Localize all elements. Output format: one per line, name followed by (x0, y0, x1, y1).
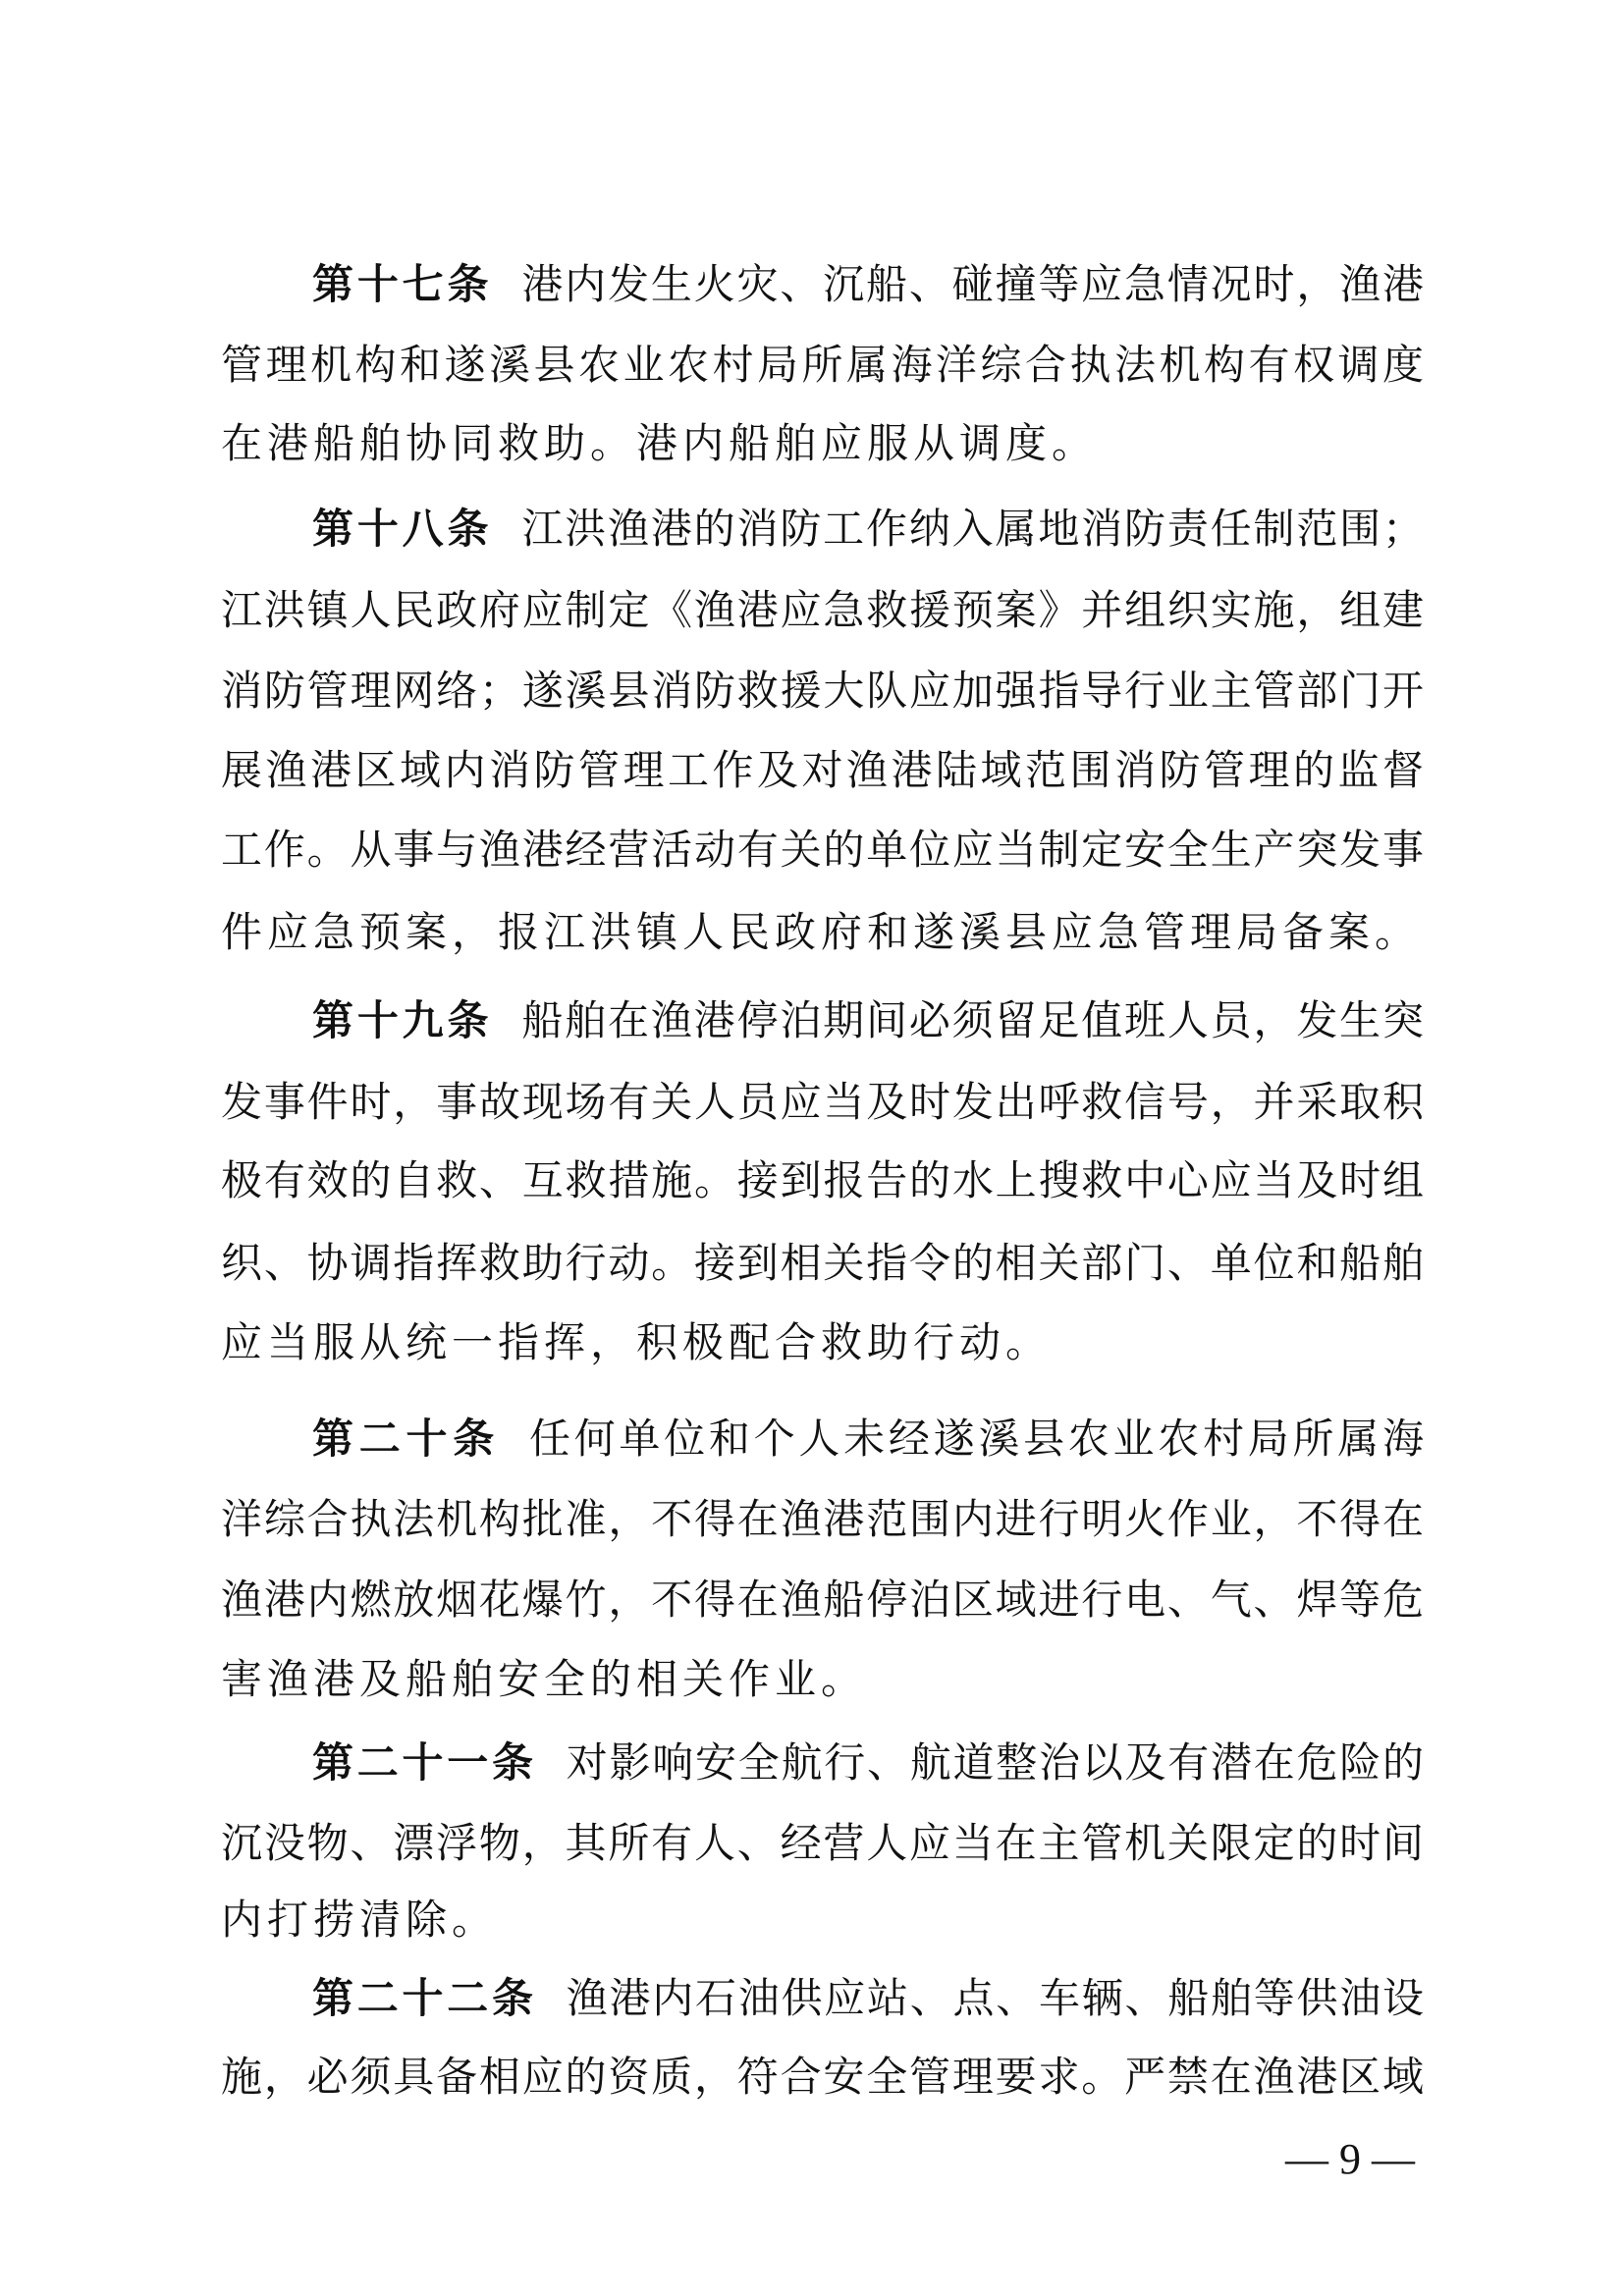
article-17-line-3: 在港船舶协同救助。港内船舶应服从调度。 (221, 402, 1424, 485)
article-22-line-1: 第二十二条渔港内石油供应站、点、车辆、船舶等供油设 (312, 1957, 1424, 2040)
article-heading: 第二十条 (312, 1415, 500, 1463)
article-heading: 第二十一条 (312, 1738, 537, 1787)
article-heading: 第二十二条 (312, 1974, 537, 2022)
article-17-line-2: 管理机构和遂溪县农业农村局所属海洋综合执法机构有权调度 (221, 324, 1424, 406)
article-19-line-3: 极有效的自救、互救措施。接到报告的水上搜救中心应当及时组 (221, 1140, 1424, 1222)
article-22-line-2: 施，必须具备相应的资质，符合安全管理要求。严禁在渔港区域 (221, 2036, 1424, 2118)
article-20-line-1: 第二十条任何单位和个人未经遂溪县农业农村局所属海 (312, 1398, 1424, 1480)
page-number: — 9 — (1267, 2130, 1434, 2189)
article-heading: 第十九条 (312, 996, 492, 1044)
article-text: 港内发生火灾、沉船、碰撞等应急情况时，渔港 (521, 260, 1424, 308)
document-page: 第十七条港内发生火灾、沉船、碰撞等应急情况时，渔港 管理机构和遂溪县农业农村局所… (0, 0, 1624, 2296)
article-19-line-1: 第十九条船舶在渔港停泊期间必须留足值班人员，发生突 (312, 980, 1424, 1062)
article-heading: 第十八条 (312, 505, 492, 553)
article-21-line-1: 第二十一条对影响安全航行、航道整治以及有潜在危险的 (312, 1722, 1424, 1804)
article-18-line-5: 工作。从事与渔港经营活动有关的单位应当制定安全生产突发事 (221, 809, 1424, 891)
article-18-line-4: 展渔港区域内消防管理工作及对渔港陆域范围消防管理的监督 (221, 729, 1424, 812)
article-21-line-2: 沉没物、漂浮物，其所有人、经营人应当在主管机关限定的时间 (221, 1802, 1424, 1885)
article-text: 渔港内石油供应站、点、车辆、船舶等供油设 (567, 1974, 1424, 2022)
article-text: 对影响安全航行、航道整治以及有潜在危险的 (567, 1738, 1424, 1787)
article-heading: 第十七条 (312, 260, 492, 308)
article-20-line-2: 洋综合执法机构批准，不得在渔港范围内进行明火作业，不得在 (221, 1478, 1424, 1561)
article-19-line-5: 应当服从统一指挥，积极配合救助行动。 (221, 1302, 1424, 1384)
article-21-line-3: 内打捞清除。 (221, 1879, 1424, 1961)
article-18-line-6: 件应急预案，报江洪镇人民政府和遂溪县应急管理局备案。 (221, 891, 1424, 974)
article-19-line-4: 织、协调指挥救助行动。接到相关指令的相关部门、单位和船舶 (221, 1222, 1424, 1305)
article-text: 江洪渔港的消防工作纳入属地消防责任制范围； (521, 505, 1424, 553)
article-text: 任何单位和个人未经遂溪县农业农村局所属海 (529, 1415, 1424, 1463)
article-20-line-4: 害渔港及船舶安全的相关作业。 (221, 1638, 1424, 1721)
article-18-line-2: 江洪镇人民政府应制定《渔港应急救援预案》并组织实施，组建 (221, 569, 1424, 652)
article-text: 船舶在渔港停泊期间必须留足值班人员，发生突 (521, 996, 1424, 1044)
article-19-line-2: 发事件时，事故现场有关人员应当及时发出呼救信号，并采取积 (221, 1061, 1424, 1144)
article-17-line-1: 第十七条港内发生火灾、沉船、碰撞等应急情况时，渔港 (312, 243, 1424, 326)
article-18-line-3: 消防管理网络；遂溪县消防救援大队应加强指导行业主管部门开 (221, 650, 1424, 732)
article-18-line-1: 第十八条江洪渔港的消防工作纳入属地消防责任制范围； (312, 488, 1424, 570)
article-20-line-3: 渔港内燃放烟花爆竹，不得在渔船停泊区域进行电、气、焊等危 (221, 1559, 1424, 1641)
